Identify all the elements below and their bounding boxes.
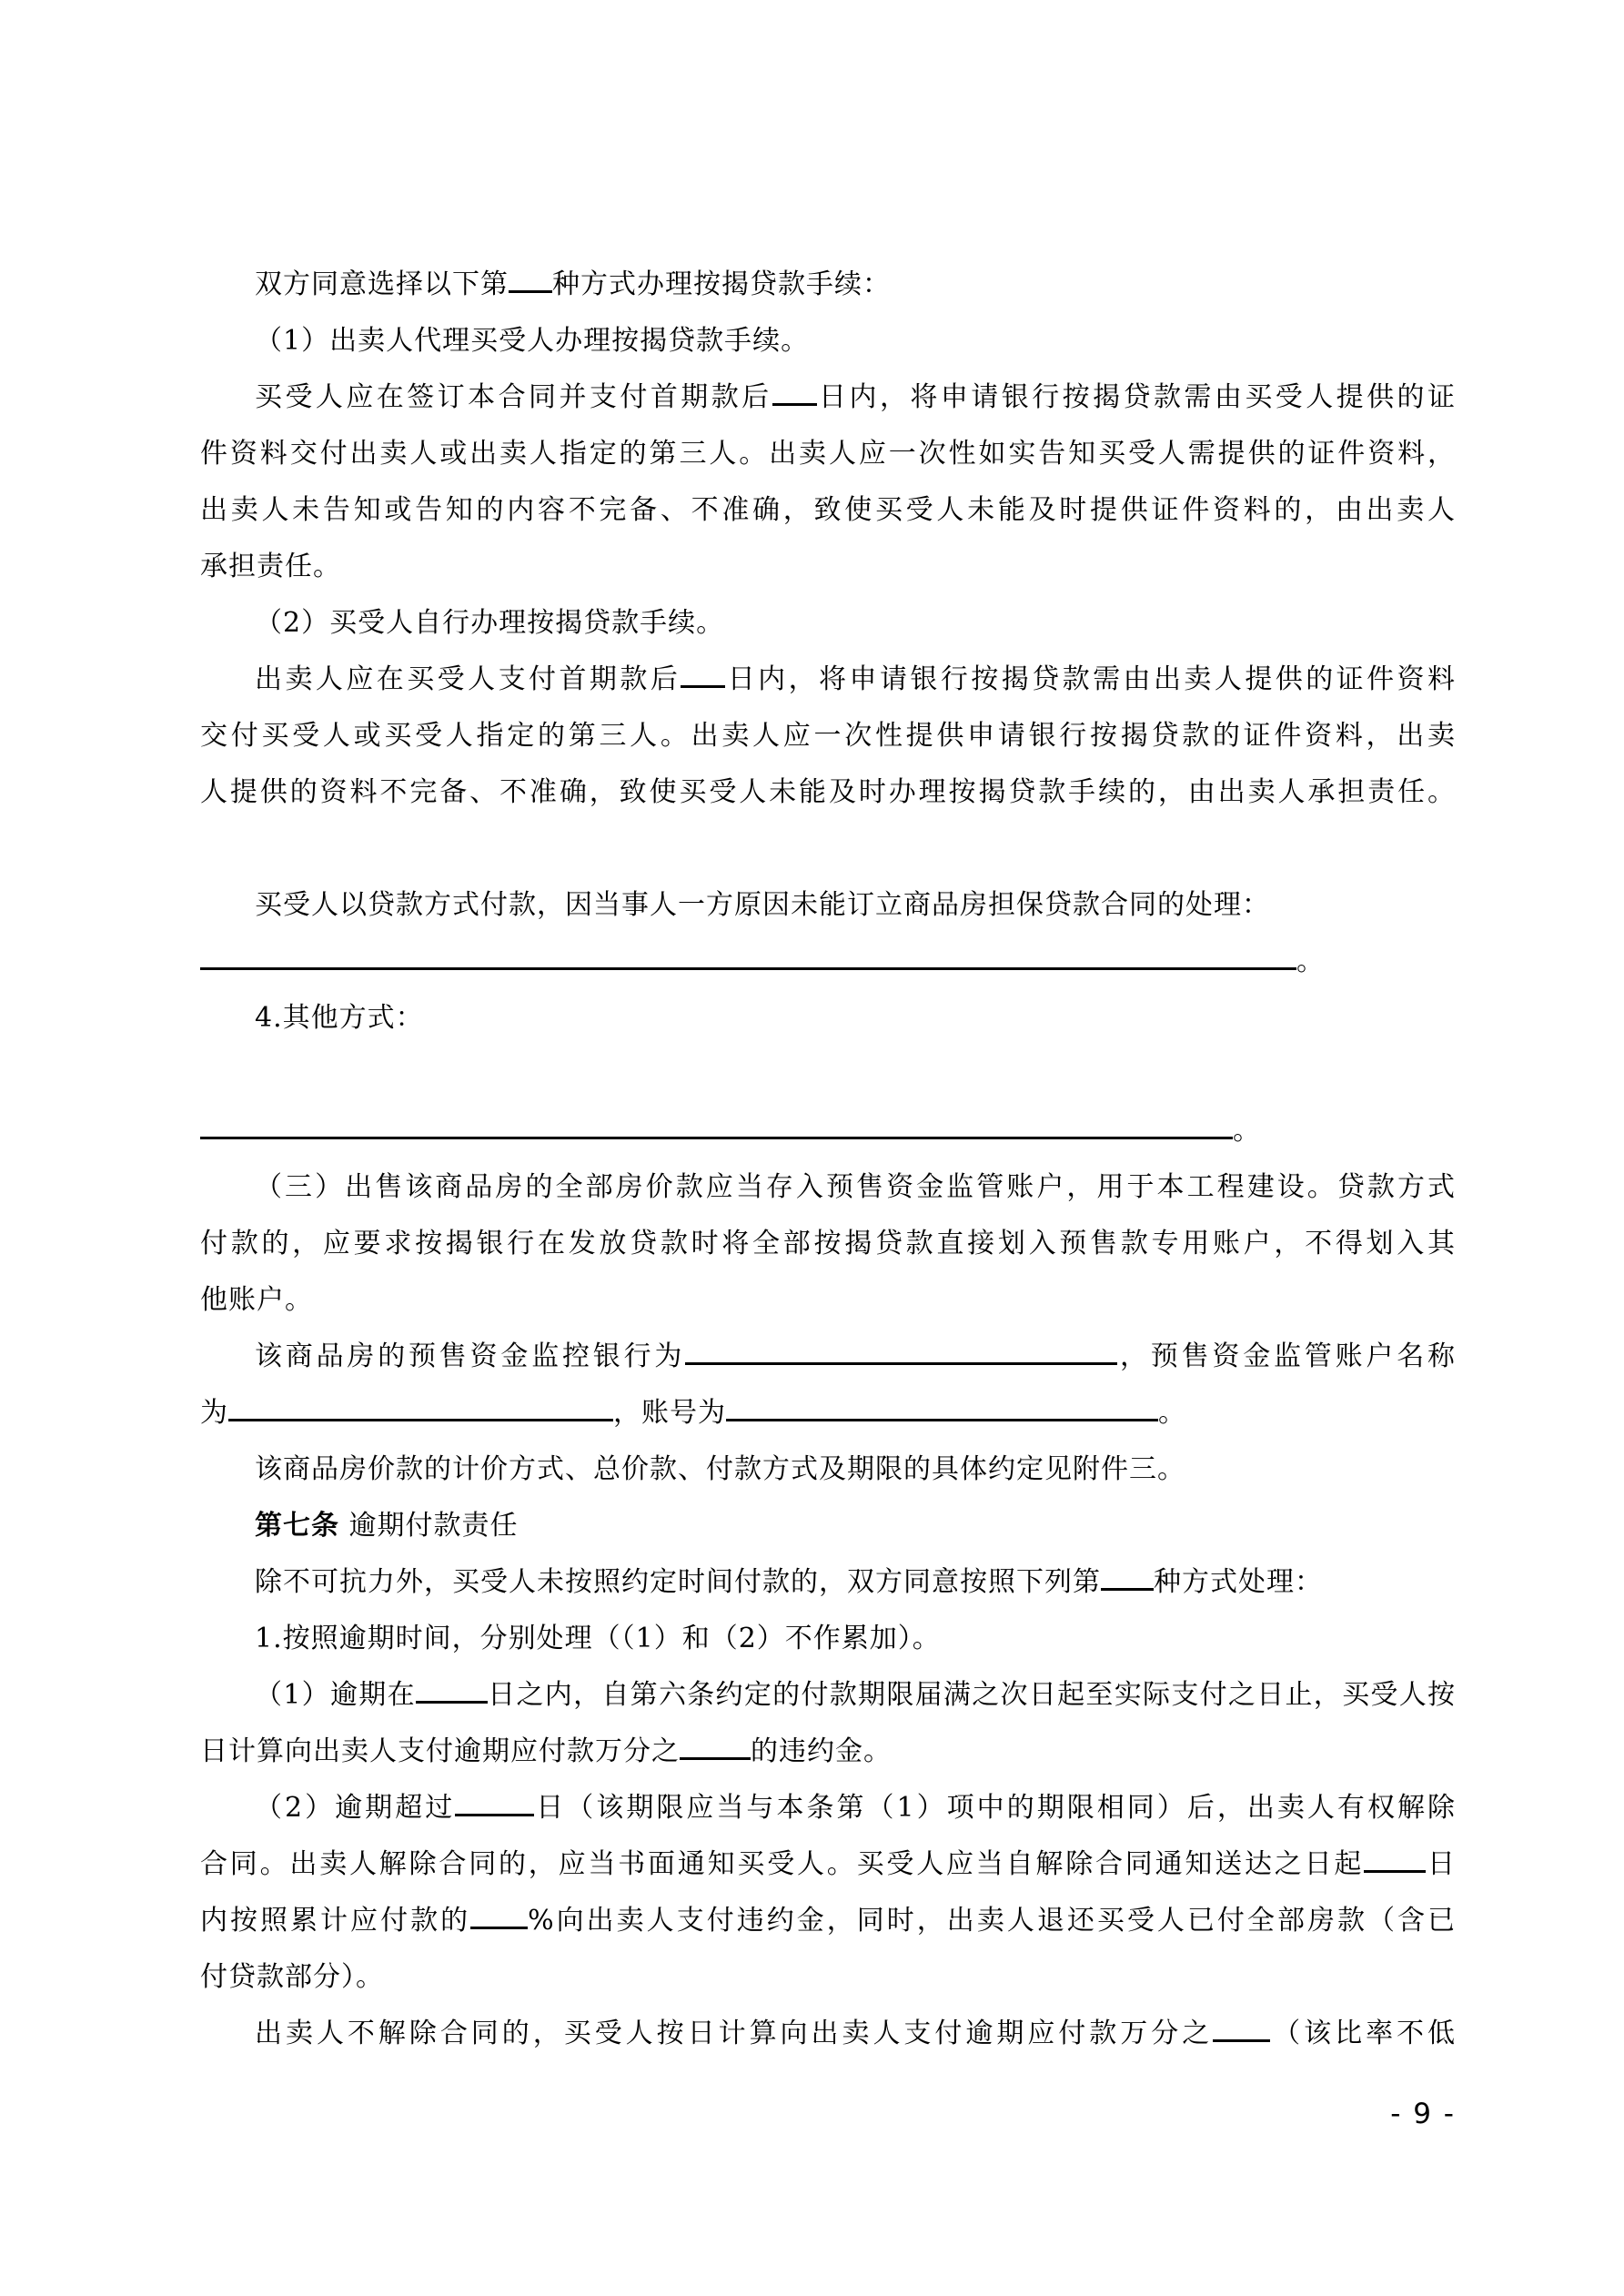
text-run: 种方式办理按揭贷款手续： [552,268,891,300]
document-line: 交付买受人或买受人指定的第三人。出卖人应一次性提供申请银行按揭贷款的证件资料，出… [200,708,1456,764]
fill-in-blank-line [509,258,552,293]
document-line: 为，账号为。 [200,1385,1456,1441]
fill-in-blank-line [455,1782,534,1816]
text-run: 日内，将申请银行按揭贷款需由买受人提供的证 [817,381,1456,413]
fill-in-blank-line [726,1387,1158,1421]
text-run: （三）出售该商品房的全部房价款应当存入预售资金监管账户，用于本工程建设。贷款方式 [255,1171,1456,1203]
text-run: 。 [1296,946,1325,977]
document-line: 日计算向出卖人支付逾期应付款万分之的违约金。 [200,1724,1456,1780]
text-run: 买受人以贷款方式付款，因当事人一方原因未能订立商品房担保贷款合同的处理： [255,889,1270,921]
fill-in-blank-line [470,1895,528,1929]
document-line: 。 [200,934,1456,990]
fill-in-blank-line [1101,1556,1154,1591]
text-run: 日（该期限应当与本条第（1）项中的期限相同）后，出卖人有权解除 [534,1792,1456,1824]
text-run: 日计算向出卖人支付逾期应付款万分之 [200,1735,680,1767]
document-line: 内按照累计应付款的%向出卖人支付违约金，同时，出卖人退还买受人已付全部房款（含已 [200,1893,1456,1949]
contract-body-text: 双方同意选择以下第种方式办理按揭贷款手续：（1）出卖人代理买受人办理按揭贷款手续… [200,257,1456,2062]
blank-row [200,821,1456,877]
fill-in-blank-line [200,1105,1233,1139]
text-run: 。 [1158,1397,1186,1429]
text-run: （该比率不低 [1270,2018,1456,2049]
text-run: 。 [1233,1115,1261,1147]
fill-in-blank-line [772,371,817,406]
text-run: 该商品房的预售资金监控银行为 [255,1340,685,1372]
fill-in-blank-line [1213,2008,1270,2042]
text-run: 合同。出卖人解除合同的，应当书面通知买受人。买受人应当自解除合同通知送达之日起 [200,1848,1364,1880]
document-line: 除不可抗力外，买受人未按照约定时间付款的，双方同意按照下列第种方式处理： [200,1554,1456,1611]
text-run: （1）出卖人代理买受人办理按揭贷款手续。 [255,325,809,357]
text-run: 日 [1426,1848,1456,1880]
fill-in-blank-line [681,653,725,688]
document-line: （1）出卖人代理买受人办理按揭贷款手续。 [200,313,1456,369]
document-line: 出卖人应在买受人支付首期款后日内，将申请银行按揭贷款需由出卖人提供的证件资料 [200,652,1456,708]
text-run: 买受人应在签订本合同并支付首期款后 [255,381,772,413]
text-run: 4.其他方式： [255,1002,424,1034]
document-line: 付款的，应要求按揭银行在发放贷款时将全部按揭贷款直接划入预售款专用账户，不得划入… [200,1216,1456,1272]
text-run: ，预售资金监管账户名称 [1117,1340,1456,1372]
fill-in-blank-line [685,1330,1117,1365]
document-line: 出卖人不解除合同的，买受人按日计算向出卖人支付逾期应付款万分之（该比率不低 [200,2006,1456,2062]
document-line: 件资料交付出卖人或出卖人指定的第三人。出卖人应一次性如实告知买受人需提供的证件资… [200,426,1456,482]
document-line: （三）出售该商品房的全部房价款应当存入预售资金监管账户，用于本工程建设。贷款方式 [200,1159,1456,1216]
text-run: 双方同意选择以下第 [255,268,509,300]
text-run: 逾期付款责任 [339,1510,519,1542]
text-run: ，账号为 [613,1397,726,1429]
document-line: 付贷款部分）。 [200,1949,1456,2006]
document-line: 买受人以贷款方式付款，因当事人一方原因未能订立商品房担保贷款合同的处理： [200,877,1456,934]
document-line: 该商品房价款的计价方式、总价款、付款方式及期限的具体约定见附件三。 [200,1441,1456,1498]
fill-in-blank-line [416,1669,488,1704]
document-line: 人提供的资料不完备、不准确，致使买受人未能及时办理按揭贷款手续的，由出卖人承担责… [200,764,1456,821]
text-run: 该商品房价款的计价方式、总价款、付款方式及期限的具体约定见附件三。 [255,1453,1185,1485]
fill-in-blank-line [1364,1838,1426,1873]
text-run: 他账户。 [200,1284,313,1316]
document-line: 他账户。 [200,1272,1456,1329]
page-number: - 9 - [200,2093,1456,2135]
fill-in-blank-line [200,936,1296,970]
text-run: （2）逾期超过 [255,1792,455,1824]
text-run: 出卖人应在买受人支付首期款后 [255,663,681,695]
text-run: 除不可抗力外，买受人未按照约定时间付款的，双方同意按照下列第 [255,1566,1101,1598]
text-run: （1）逾期在 [255,1679,416,1711]
text-run: 承担责任。 [200,551,341,582]
document-line: 第七条 逾期付款责任 [200,1498,1456,1554]
text-run: 件资料交付出卖人或出卖人指定的第三人。出卖人应一次性如实告知买受人需提供的证件资… [200,438,1456,470]
text-run: 为 [200,1397,228,1429]
text-run: 交付买受人或买受人指定的第三人。出卖人应一次性提供申请银行按揭贷款的证件资料，出… [200,720,1456,752]
document-line: 4.其他方式： [200,990,1456,1047]
document-line: （1）逾期在日之内，自第六条约定的付款期限届满之次日起至实际支付之日止，买受人按 [200,1667,1456,1724]
text-run: 的违约金。 [751,1735,892,1767]
fill-in-blank-line [228,1387,613,1421]
clause-heading-number: 第七条 [255,1510,339,1542]
text-run: 种方式处理： [1154,1566,1323,1598]
fill-in-blank-line [680,1725,751,1760]
blank-row [200,1047,1456,1103]
text-run: 付款的，应要求按揭银行在发放贷款时将全部按揭贷款直接划入预售款专用账户，不得划入… [200,1228,1456,1259]
text-run: 付贷款部分）。 [200,1961,384,1993]
document-line: 合同。出卖人解除合同的，应当书面通知买受人。买受人应当自解除合同通知送达之日起日 [200,1836,1456,1893]
contract-page: 双方同意选择以下第种方式办理按揭贷款手续：（1）出卖人代理买受人办理按揭贷款手续… [0,0,1624,2296]
text-run: 出卖人不解除合同的，买受人按日计算向出卖人支付逾期应付款万分之 [255,2018,1213,2049]
text-run: 日之内，自第六条约定的付款期限届满之次日起至实际支付之日止，买受人按 [488,1679,1456,1711]
document-line: （2）买受人自行办理按揭贷款手续。 [200,595,1456,652]
document-line: 承担责任。 [200,539,1456,595]
text-run: %向出卖人支付违约金，同时，出卖人退还买受人已付全部房款（含已 [528,1905,1456,1937]
document-line: 出卖人未告知或告知的内容不完备、不准确，致使买受人未能及时提供证件资料的，由出卖… [200,482,1456,539]
document-line: 1.按照逾期时间，分别处理（（1）和（2）不作累加）。 [200,1611,1456,1667]
text-run: 内按照累计应付款的 [200,1905,470,1937]
text-run: 日内，将申请银行按揭贷款需由出卖人提供的证件资料 [725,663,1456,695]
text-run: 出卖人未告知或告知的内容不完备、不准确，致使买受人未能及时提供证件资料的，由出卖… [200,494,1456,526]
document-line: 该商品房的预售资金监控银行为，预售资金监管账户名称 [200,1329,1456,1385]
text-run: 1.按照逾期时间，分别处理（（1）和（2）不作累加）。 [255,1623,941,1654]
document-line: 。 [200,1103,1456,1159]
text-run: 人提供的资料不完备、不准确，致使买受人未能及时办理按揭贷款手续的，由出卖人承担责… [200,776,1456,808]
document-line: （2）逾期超过日（该期限应当与本条第（1）项中的期限相同）后，出卖人有权解除 [200,1780,1456,1836]
document-line: 买受人应在签订本合同并支付首期款后日内，将申请银行按揭贷款需由买受人提供的证 [200,369,1456,426]
document-line: 双方同意选择以下第种方式办理按揭贷款手续： [200,257,1456,313]
text-run: （2）买受人自行办理按揭贷款手续。 [255,607,724,639]
